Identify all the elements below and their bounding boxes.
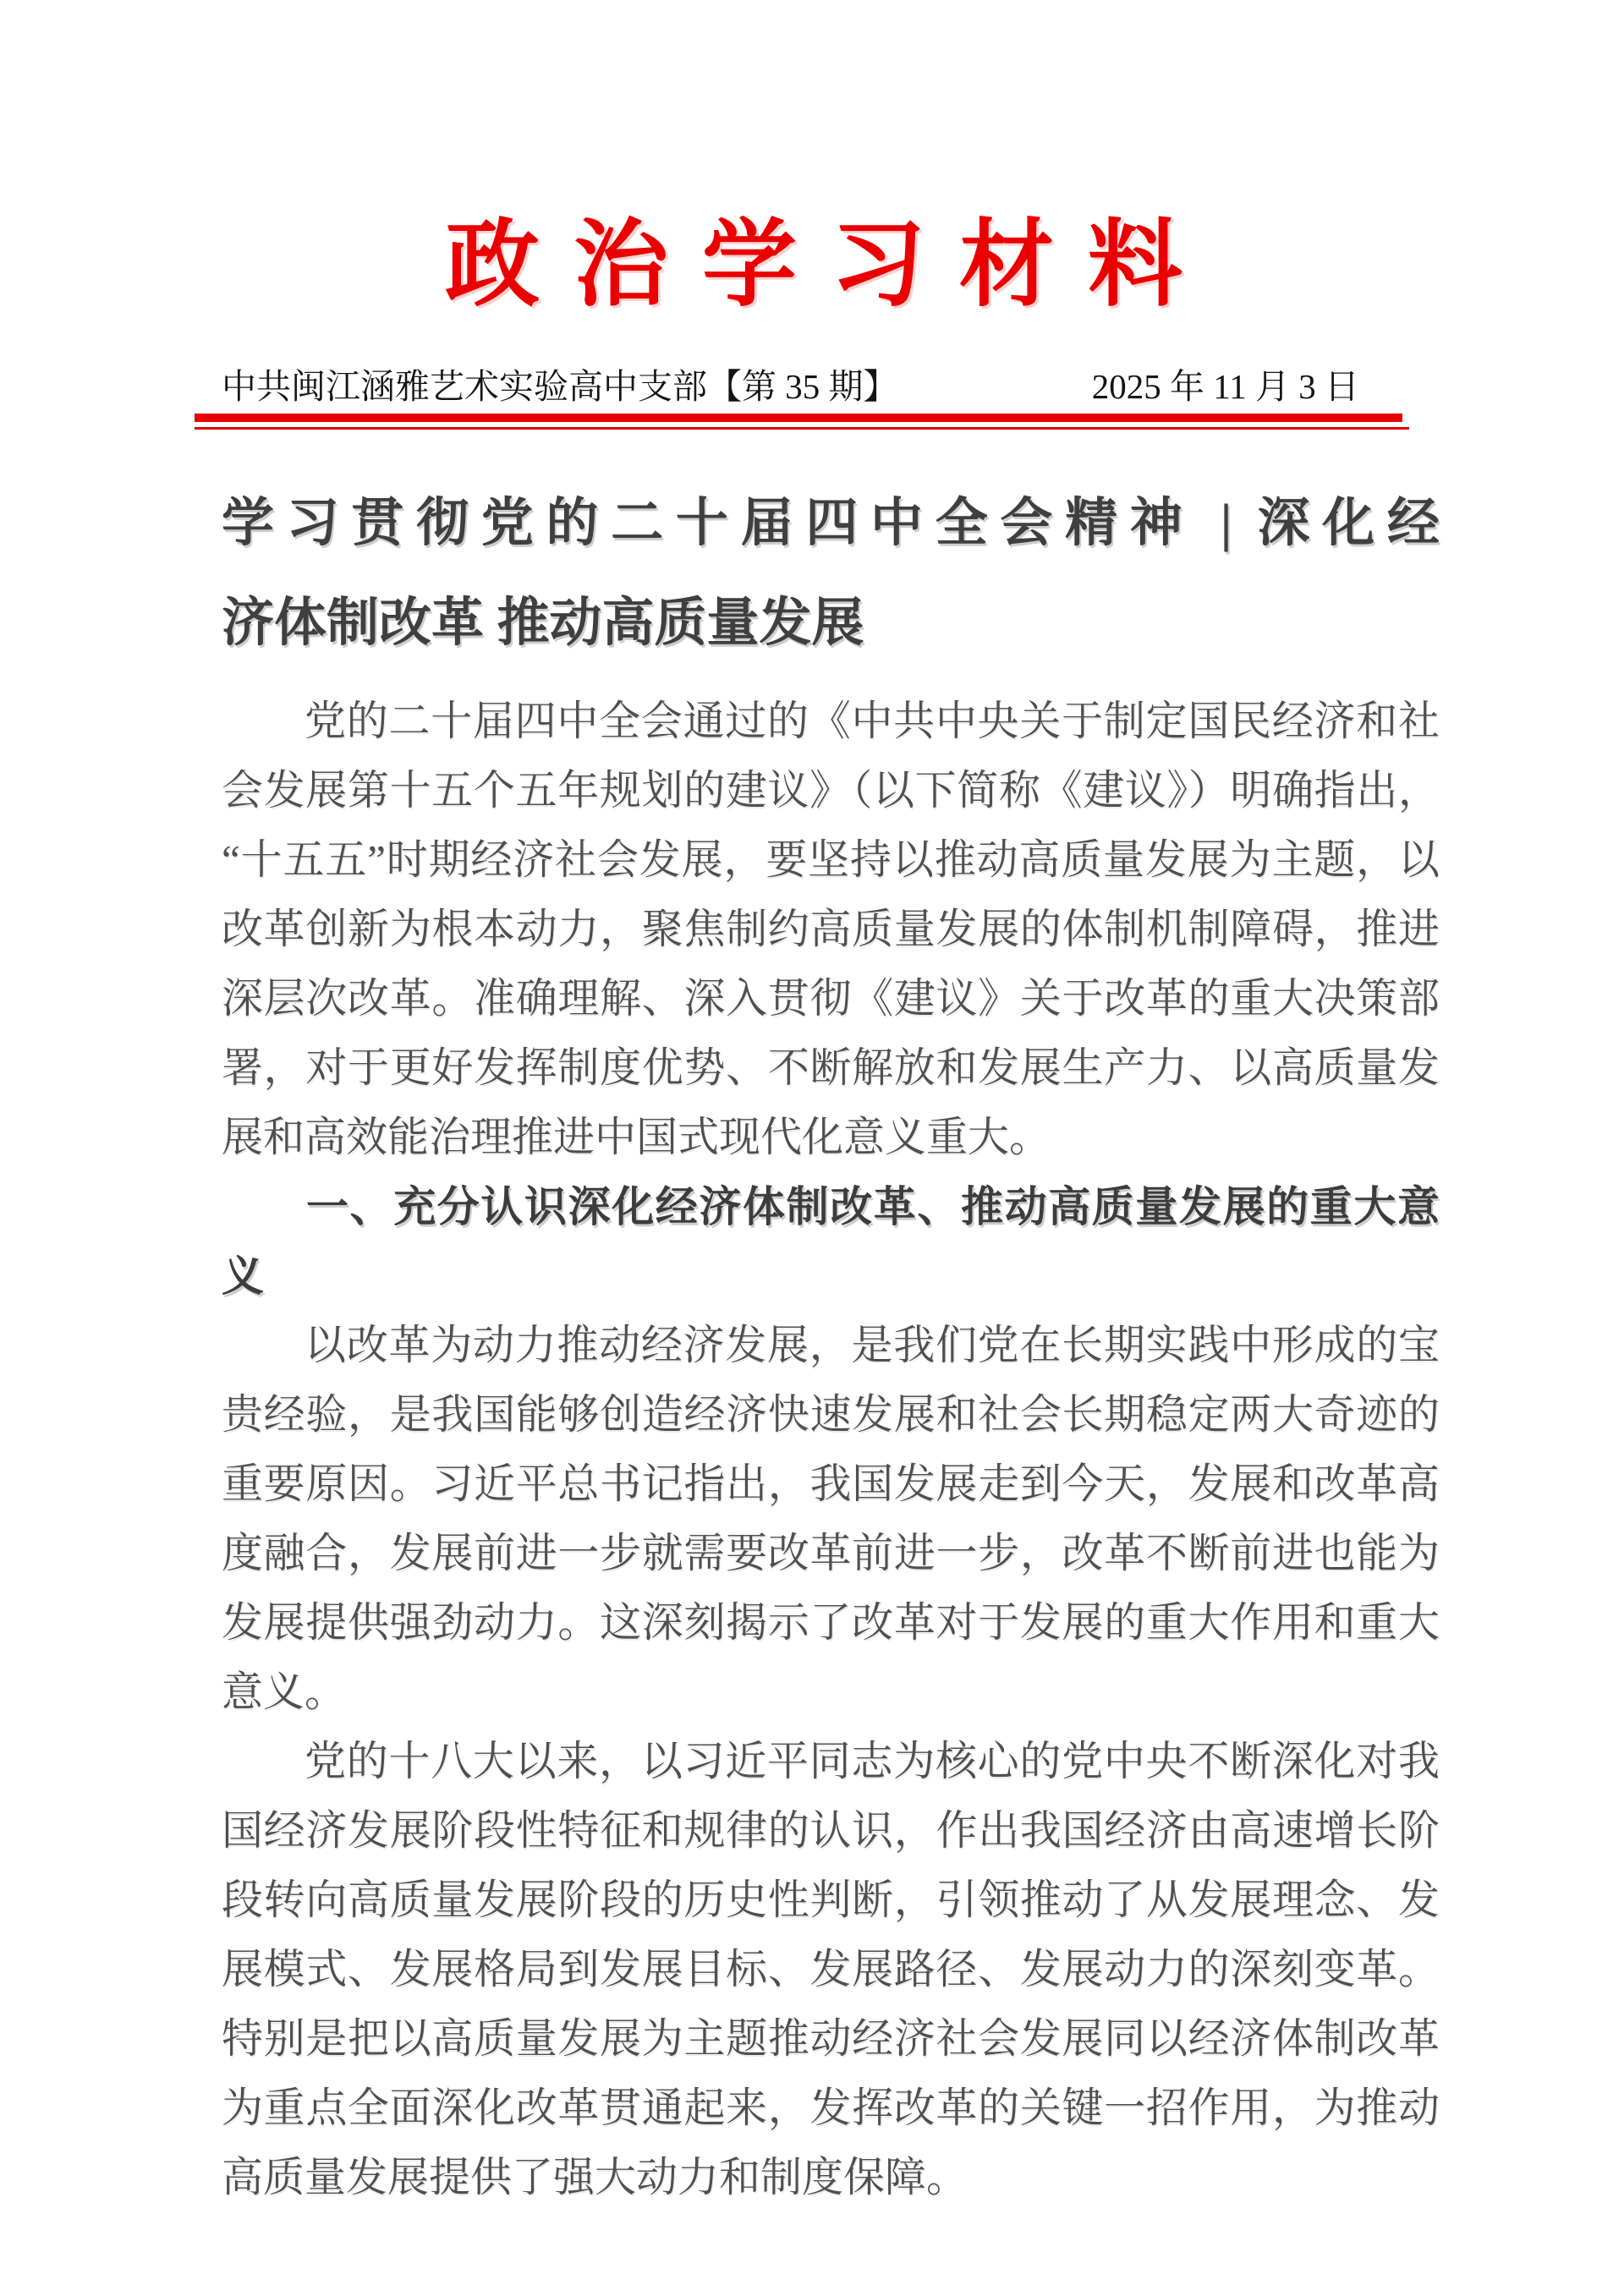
masthead-rule-thin	[195, 427, 1409, 430]
article-title-line2: 济体制改革 推动高质量发展	[222, 573, 1440, 673]
paragraph-2: 以改革为动力推动经济发展，是我们党在长期实践中形成的宝贵经验，是我国能够创造经济…	[222, 1311, 1440, 1727]
masthead-date: 2025 年 11 月 3 日	[1092, 364, 1359, 409]
document-page: 政治学习材料 中共闽江涵雅艺术实验高中支部【第 35 期】 2025 年 11 …	[0, 0, 1624, 2296]
article-body: 党的二十届四中全会通过的《中共中央关于制定国民经济和社会发展第十五个五年规划的建…	[222, 687, 1440, 2212]
article-title: 学习贯彻党的二十届四中全会精神 | 深化经 济体制改革 推动高质量发展	[222, 474, 1440, 673]
masthead-info-row: 中共闽江涵雅艺术实验高中支部【第 35 期】 2025 年 11 月 3 日	[222, 364, 1440, 409]
paragraph-3: 党的十八大以来，以习近平同志为核心的党中央不断深化对我国经济发展阶段性特征和规律…	[222, 1727, 1440, 2212]
masthead-title: 政治学习材料	[222, 211, 1440, 320]
paragraph-1: 党的二十届四中全会通过的《中共中央关于制定国民经济和社会发展第十五个五年规划的建…	[222, 687, 1440, 1172]
masthead-rule-thick	[195, 414, 1402, 422]
article-title-line1: 学习贯彻党的二十届四中全会精神 | 深化经	[222, 474, 1440, 573]
section-heading-1: 一、充分认识深化经济体制改革、推动高质量发展的重大意义	[222, 1172, 1440, 1311]
masthead-issuer: 中共闽江涵雅艺术实验高中支部【第 35 期】	[222, 364, 898, 409]
